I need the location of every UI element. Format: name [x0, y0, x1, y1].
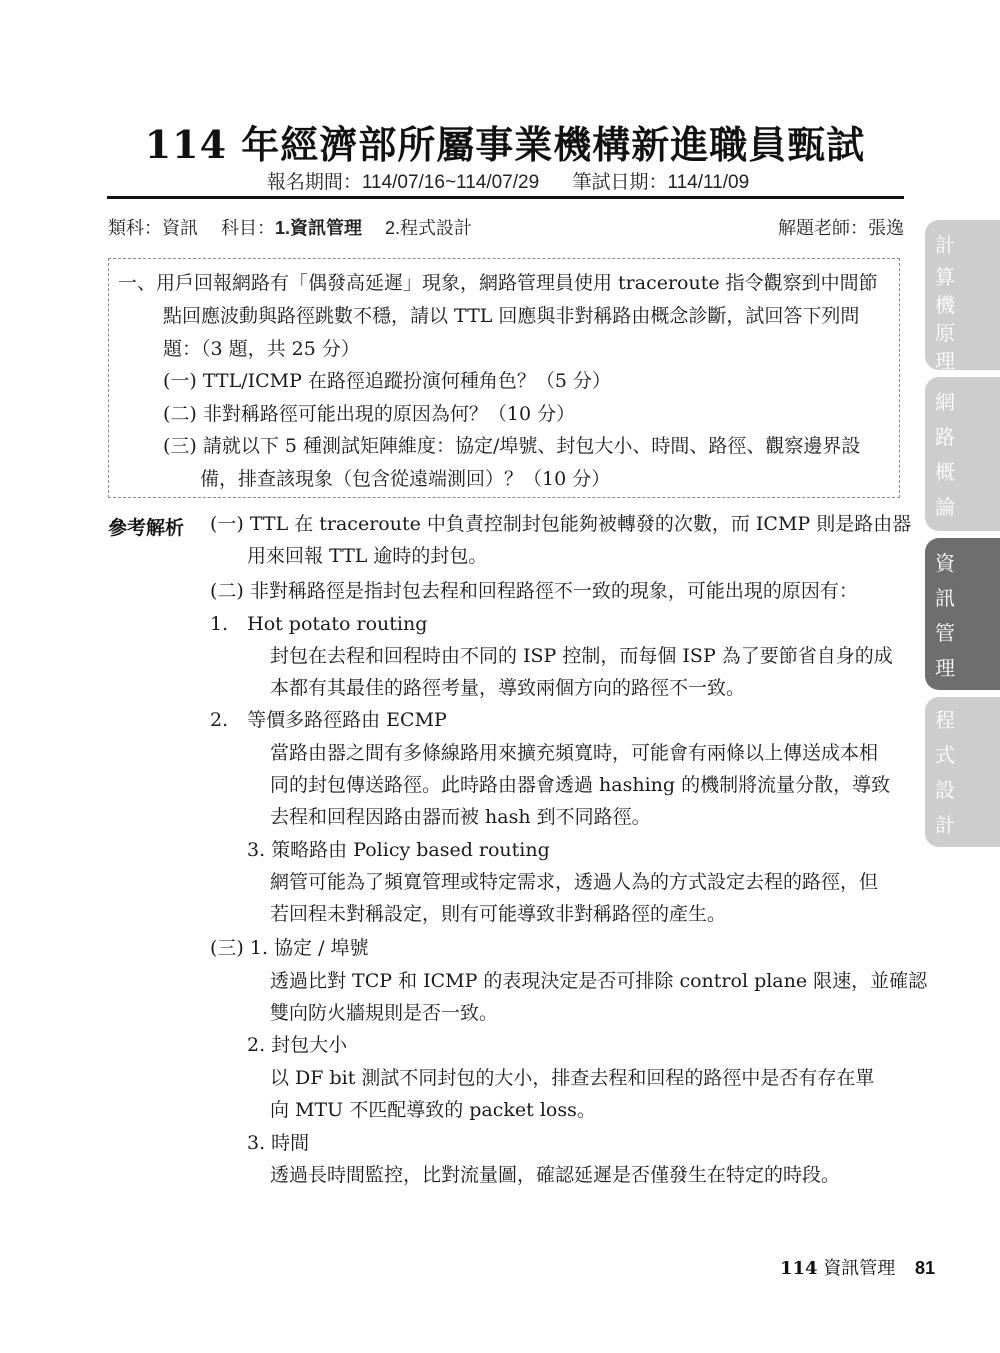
question-line: 點回應波動與路徑跳數不穩，請以 TTL 回應與非對稱路由概念診斷，試回答下列問	[163, 304, 859, 328]
answer-line: 同的封包傳送路徑。此時路由器會透過 hashing 的機制將流量分散，導致	[270, 773, 890, 797]
tab-information-management[interactable]: 資 訊 管 理	[925, 538, 1000, 690]
header-divider	[107, 196, 904, 199]
page-number: 81	[915, 1258, 935, 1278]
answer-list-item: 3. 時間	[247, 1131, 309, 1155]
answer-line: 以 DF bit 測試不同封包的大小，排查去程和回程的路徑中是否有存在單	[270, 1066, 874, 1090]
exam-dates: 報名期間：114/07/16~114/07/29 筆試日期：114/11/09	[0, 167, 1000, 194]
exam-meta: 類科：資訊 科目：1.資訊管理 2.程式設計 解題老師：張逸	[108, 214, 904, 240]
question-line: 一、用戶回報網路有「偶發高延遲」現象，網路管理員使用 traceroute 指令…	[118, 271, 878, 295]
exam-date: 筆試日期：114/11/09	[572, 172, 749, 193]
reference-answer-label: 參考解析	[108, 513, 184, 540]
answer-list-item: 2. 封包大小	[247, 1033, 347, 1057]
answer-line: 封包在去程和回程時由不同的 ISP 控制，而每個 ISP 為了要節省自身的成	[270, 644, 893, 668]
answer-line: 用來回報 TTL 逾時的封包。	[247, 544, 487, 568]
registration-period: 報名期間：114/07/16~114/07/29	[267, 172, 539, 193]
answer-line: 網管可能為了頻寬管理或特定需求，透過人為的方式設定去程的路徑，但	[270, 870, 878, 894]
answer-line: 雙向防火牆規則是否一致。	[270, 1001, 498, 1025]
answer-line: 透過比對 TCP 和 ICMP 的表現決定是否可排除 control plane…	[270, 969, 927, 993]
answer-line: 本都有其最佳的路徑考量，導致兩個方向的路徑不一致。	[270, 676, 745, 700]
tab-computer-principles[interactable]: 計 算 機 原 理	[925, 220, 1000, 370]
footer-subject: 資訊管理	[823, 1258, 895, 1279]
answer-list-item: 1. Hot potato routing	[210, 612, 427, 636]
subject-1: 1.資訊管理	[275, 218, 362, 238]
tab-network-intro[interactable]: 網 路 概 論	[925, 377, 1000, 531]
answer-line: (一) TTL 在 traceroute 中負責控制封包能夠被轉發的次數，而 I…	[210, 512, 911, 536]
answer-line: 透過長時間監控，比對流量圖，確認延遲是否僅發生在特定的時段。	[270, 1163, 840, 1187]
tab-programming[interactable]: 程 式 設 計	[925, 697, 1000, 847]
subject-2: 2.程式設計	[385, 218, 472, 238]
answer-line: 若回程未對稱設定，則有可能導致非對稱路徑的產生。	[270, 902, 726, 926]
page-footer: 114 資訊管理 81	[780, 1254, 935, 1280]
sub-question-1: (一) TTL/ICMP 在路徑追蹤扮演何種角色？（5 分）	[163, 369, 611, 393]
teacher: 解題老師：張逸	[778, 214, 904, 240]
question-line: 題：（3 題，共 25 分）	[163, 337, 360, 361]
answer-line: 當路由器之間有多條線路用來擴充頻寬時，可能會有兩條以上傳送成本相	[270, 741, 878, 765]
answer-line: (二) 非對稱路徑是指封包去程和回程路徑不一致的現象，可能出現的原因有：	[210, 579, 858, 603]
subject-label: 科目：	[221, 218, 275, 238]
section-tabs: 計 算 機 原 理 網 路 概 論 資 訊 管 理 程 式 設 計	[925, 0, 1000, 1353]
sub-question-3: (三) 請就以下 5 種測試矩陣維度：協定/埠號、封包大小、時間、路徑、觀察邊界…	[163, 434, 860, 458]
sub-question-2: (二) 非對稱路徑可能出現的原因為何？（10 分）	[163, 402, 575, 426]
answer-list-item: (三) 1. 協定 / 埠號	[210, 936, 369, 960]
page-title: 114 年經濟部所屬事業機構新進職員甄試	[0, 114, 1000, 169]
answer-list-item: 3. 策略路由 Policy based routing	[247, 838, 550, 862]
answer-line: 向 MTU 不匹配導致的 packet loss。	[270, 1098, 596, 1122]
question-line: 備，排查該現象（包含從遠端測回）？（10 分）	[200, 467, 610, 491]
footer-year: 114	[780, 1258, 818, 1279]
answer-list-item: 2. 等價多路徑路由 ECMP	[210, 708, 447, 732]
category: 類科：資訊	[108, 218, 198, 238]
answer-line: 去程和回程因路由器而被 hash 到不同路徑。	[270, 805, 651, 829]
